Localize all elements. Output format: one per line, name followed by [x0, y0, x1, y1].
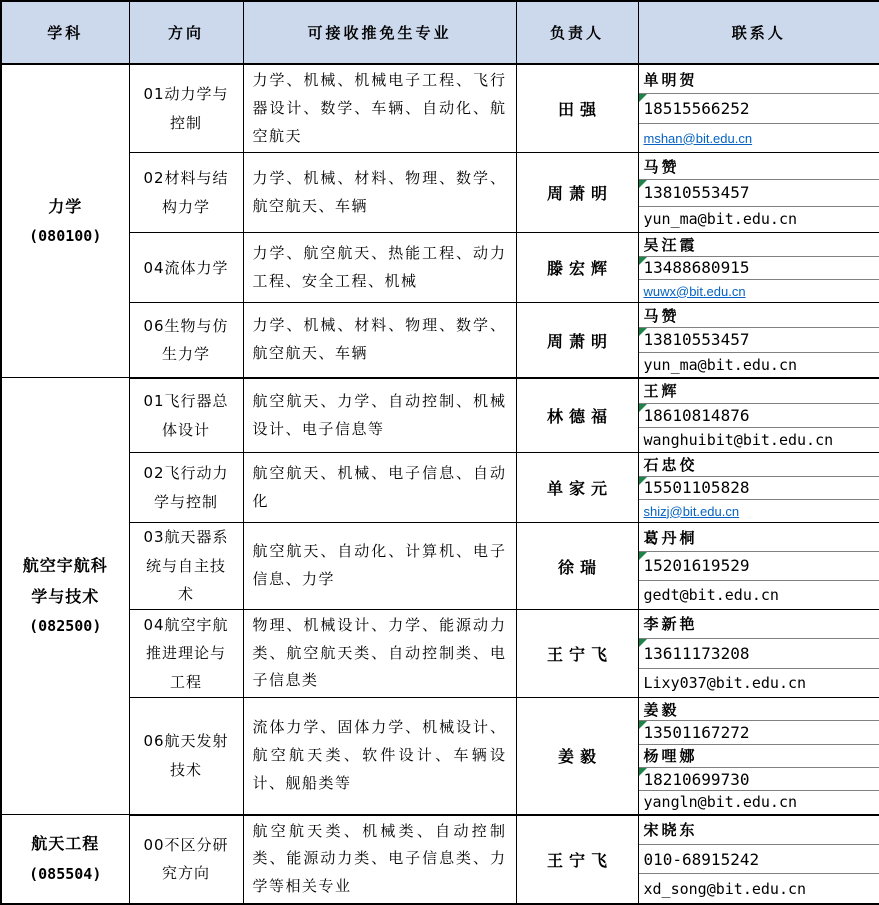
contact-email-line: yangln@bit.edu.cn — [639, 790, 879, 813]
contact-phone-line: 010-68915242 — [639, 844, 879, 873]
green-triangle-icon — [639, 328, 647, 336]
contact-email-line: wanghuibit@bit.edu.cn — [639, 427, 879, 452]
contact-name-line: 姜毅 — [639, 698, 879, 720]
contact-phone-line: 15501105828 — [639, 476, 879, 499]
table-row: 06生物与仿生力学力学、机械、材料、物理、数学、航空航天、车辆周萧明马赞1381… — [1, 303, 879, 378]
leader-cell: 田强 — [516, 64, 638, 153]
majors-cell: 力学、机械、材料、物理、数学、航空航天、车辆 — [243, 303, 516, 378]
contact-phone: 13810553457 — [644, 183, 750, 202]
contact-lines: 宋晓东010-68915242xd_song@bit.edu.cn — [639, 816, 879, 903]
majors-cell: 物理、机械设计、力学、能源动力类、航空航天类、自动控制类、电子信息类 — [243, 609, 516, 697]
direction-cell: 01飞行器总体设计 — [129, 378, 243, 453]
admissions-table: 学科 方向 可接收推免生专业 负责人 联系人 力学(080100)01动力学与控… — [0, 0, 879, 905]
majors-cell: 力学、机械、材料、物理、数学、航空航天、车辆 — [243, 153, 516, 233]
table-row: 02材料与结构力学力学、机械、材料、物理、数学、航空航天、车辆周萧明马赞1381… — [1, 153, 879, 233]
column-header-direction: 方向 — [129, 1, 243, 64]
contact-phone-line: 13810553457 — [639, 179, 879, 206]
contact-email: xd_song@bit.edu.cn — [644, 880, 807, 898]
contact-email: Lixy037@bit.edu.cn — [644, 674, 807, 692]
contact-name: 吴汪霞 — [644, 234, 698, 255]
majors-cell: 航空航天类、机械类、自动控制类、能源动力类、电子信息类、力学等相关专业 — [243, 815, 516, 904]
contact-name: 马赞 — [644, 156, 680, 177]
direction-cell: 01动力学与控制 — [129, 64, 243, 153]
email-link[interactable]: wuwx@bit.edu.cn — [644, 284, 746, 299]
majors-cell: 航空航天、机械、电子信息、自动化 — [243, 453, 516, 523]
subject-name: 力学 — [2, 192, 129, 222]
contact-email: wanghuibit@bit.edu.cn — [644, 431, 834, 449]
contact-lines: 石忠佼15501105828shizj@bit.edu.cn — [639, 453, 879, 522]
subject-cell: 航天工程(085504) — [1, 815, 129, 904]
contact-phone: 13501167272 — [644, 723, 750, 742]
contact-cell: 马赞13810553457yun_ma@bit.edu.cn — [638, 153, 879, 233]
contact-phone: 13810553457 — [644, 330, 750, 349]
direction-cell: 06生物与仿生力学 — [129, 303, 243, 378]
contact-name-line: 李新艳 — [639, 610, 879, 638]
contact-email-line: shizj@bit.edu.cn — [639, 499, 879, 522]
green-triangle-icon — [639, 721, 647, 729]
contact-name-line: 吴汪霞 — [639, 233, 879, 255]
contact-name-line: 单明贺 — [639, 65, 879, 93]
contact-phone: 13488680915 — [644, 258, 750, 277]
table-row: 03航天器系统与自主技术航空航天、自动化、计算机、电子信息、力学徐瑞葛丹桐152… — [1, 523, 879, 610]
contact-email-line: gedt@bit.edu.cn — [639, 580, 879, 609]
majors-cell: 力学、航空航天、热能工程、动力工程、安全工程、机械 — [243, 233, 516, 303]
green-triangle-icon — [639, 552, 647, 560]
contact-name: 姜毅 — [644, 699, 680, 720]
column-header-leader: 负责人 — [516, 1, 638, 64]
subject-name: 航天工程 — [2, 829, 129, 859]
contact-lines: 姜毅13501167272杨哩娜18210699730yangln@bit.ed… — [639, 698, 879, 814]
subject-code: (080100) — [2, 222, 129, 251]
contact-phone-line: 18210699730 — [639, 767, 879, 790]
contact-phone: 18610814876 — [644, 406, 750, 425]
contact-phone: 010-68915242 — [644, 850, 760, 869]
contact-name: 单明贺 — [644, 69, 698, 90]
contact-email: gedt@bit.edu.cn — [644, 586, 779, 604]
contact-name-line: 马赞 — [639, 153, 879, 179]
contact-phone: 15201619529 — [644, 556, 750, 575]
majors-cell: 航空航天、力学、自动控制、机械设计、电子信息等 — [243, 378, 516, 453]
leader-cell: 姜毅 — [516, 698, 638, 815]
contact-phone-line: 18610814876 — [639, 403, 879, 428]
contact-name-line: 宋晓东 — [639, 816, 879, 844]
subject-code: (085504) — [2, 860, 129, 889]
table-row: 航空宇航科 学与技术(082500)01飞行器总体设计航空航天、力学、自动控制、… — [1, 378, 879, 453]
contact-cell: 石忠佼15501105828shizj@bit.edu.cn — [638, 453, 879, 523]
column-header-contact: 联系人 — [638, 1, 879, 64]
leader-cell: 滕宏辉 — [516, 233, 638, 303]
contact-lines: 单明贺18515566252mshan@bit.edu.cn — [639, 65, 879, 152]
contact-phone-line: 13611173208 — [639, 638, 879, 667]
majors-cell: 航空航天、自动化、计算机、电子信息、力学 — [243, 523, 516, 610]
column-header-majors: 可接收推免生专业 — [243, 1, 516, 64]
column-header-subject: 学科 — [1, 1, 129, 64]
email-link[interactable]: shizj@bit.edu.cn — [644, 504, 740, 519]
contact-cell: 宋晓东010-68915242xd_song@bit.edu.cn — [638, 815, 879, 904]
contact-email-line: yun_ma@bit.edu.cn — [639, 352, 879, 377]
direction-cell: 04航空宇航推进理论与工程 — [129, 609, 243, 697]
contact-name-line: 石忠佼 — [639, 453, 879, 475]
contact-name: 杨哩娜 — [644, 745, 698, 766]
contact-lines: 葛丹桐15201619529gedt@bit.edu.cn — [639, 523, 879, 609]
direction-cell: 02飞行动力学与控制 — [129, 453, 243, 523]
green-triangle-icon — [639, 94, 647, 102]
contact-email-line: wuwx@bit.edu.cn — [639, 279, 879, 302]
contact-name: 李新艳 — [644, 613, 698, 634]
leader-cell: 徐瑞 — [516, 523, 638, 610]
green-triangle-icon — [639, 180, 647, 188]
contact-email-line: xd_song@bit.edu.cn — [639, 873, 879, 902]
leader-cell: 王宁飞 — [516, 815, 638, 904]
green-triangle-icon — [639, 404, 647, 412]
table-row: 04航空宇航推进理论与工程物理、机械设计、力学、能源动力类、航空航天类、自动控制… — [1, 609, 879, 697]
contact-email-line: yun_ma@bit.edu.cn — [639, 206, 879, 233]
contact-phone-line: 18515566252 — [639, 93, 879, 122]
contact-name: 宋晓东 — [644, 819, 698, 840]
majors-cell: 流体力学、固体力学、机械设计、航空航天类、软件设计、车辆设计、舰船类等 — [243, 698, 516, 815]
contact-name: 王辉 — [644, 380, 680, 401]
admissions-table-page: 学科 方向 可接收推免生专业 负责人 联系人 力学(080100)01动力学与控… — [0, 0, 879, 905]
contact-name-line: 杨哩娜 — [639, 744, 879, 767]
contact-lines: 李新艳13611173208Lixy037@bit.edu.cn — [639, 610, 879, 697]
table-row: 06航天发射技术流体力学、固体力学、机械设计、航空航天类、软件设计、车辆设计、舰… — [1, 698, 879, 815]
subject-code: (082500) — [2, 612, 129, 641]
table-row: 02飞行动力学与控制航空航天、机械、电子信息、自动化单家元石忠佼15501105… — [1, 453, 879, 523]
contact-cell: 吴汪霞13488680915wuwx@bit.edu.cn — [638, 233, 879, 303]
green-triangle-icon — [639, 477, 647, 485]
leader-cell: 林德福 — [516, 378, 638, 453]
direction-cell: 06航天发射技术 — [129, 698, 243, 815]
contact-email-line: Lixy037@bit.edu.cn — [639, 668, 879, 697]
contact-name: 葛丹桐 — [644, 527, 698, 548]
contact-cell: 葛丹桐15201619529gedt@bit.edu.cn — [638, 523, 879, 610]
contact-lines: 吴汪霞13488680915wuwx@bit.edu.cn — [639, 233, 879, 302]
contact-lines: 马赞13810553457yun_ma@bit.edu.cn — [639, 153, 879, 232]
leader-cell: 单家元 — [516, 453, 638, 523]
direction-cell: 04流体力学 — [129, 233, 243, 303]
contact-name-line: 马赞 — [639, 303, 879, 327]
majors-cell: 力学、机械、机械电子工程、飞行器设计、数学、车辆、自动化、航空航天 — [243, 64, 516, 153]
direction-cell: 00不区分研究方向 — [129, 815, 243, 904]
contact-lines: 王辉18610814876wanghuibit@bit.edu.cn — [639, 379, 879, 453]
contact-name: 马赞 — [644, 305, 680, 326]
subject-cell: 力学(080100) — [1, 64, 129, 378]
contact-email-line: mshan@bit.edu.cn — [639, 123, 879, 152]
contact-cell: 李新艳13611173208Lixy037@bit.edu.cn — [638, 609, 879, 697]
green-triangle-icon — [639, 639, 647, 647]
contact-phone-line: 13810553457 — [639, 327, 879, 352]
contact-email: yun_ma@bit.edu.cn — [644, 356, 798, 374]
leader-cell: 周萧明 — [516, 153, 638, 233]
table-row: 力学(080100)01动力学与控制力学、机械、机械电子工程、飞行器设计、数学、… — [1, 64, 879, 153]
contact-name-line: 王辉 — [639, 379, 879, 403]
green-triangle-icon — [639, 768, 647, 776]
contact-cell: 马赞13810553457yun_ma@bit.edu.cn — [638, 303, 879, 378]
contact-phone: 18515566252 — [644, 99, 750, 118]
contact-phone-line: 13501167272 — [639, 720, 879, 743]
contact-email: yangln@bit.edu.cn — [644, 793, 798, 811]
contact-phone: 13611173208 — [644, 644, 750, 663]
contact-cell: 单明贺18515566252mshan@bit.edu.cn — [638, 64, 879, 153]
leader-cell: 王宁飞 — [516, 609, 638, 697]
contact-cell: 王辉18610814876wanghuibit@bit.edu.cn — [638, 378, 879, 453]
email-link[interactable]: mshan@bit.edu.cn — [644, 131, 753, 146]
subject-cell: 航空宇航科 学与技术(082500) — [1, 378, 129, 815]
contact-lines: 马赞13810553457yun_ma@bit.edu.cn — [639, 303, 879, 377]
contact-cell: 姜毅13501167272杨哩娜18210699730yangln@bit.ed… — [638, 698, 879, 815]
contact-phone: 15501105828 — [644, 478, 750, 497]
green-triangle-icon — [639, 257, 647, 265]
contact-name-line: 葛丹桐 — [639, 523, 879, 551]
direction-cell: 02材料与结构力学 — [129, 153, 243, 233]
contact-phone-line: 15201619529 — [639, 551, 879, 580]
leader-cell: 周萧明 — [516, 303, 638, 378]
contact-email: yun_ma@bit.edu.cn — [644, 210, 798, 228]
direction-cell: 03航天器系统与自主技术 — [129, 523, 243, 610]
contact-name: 石忠佼 — [644, 454, 698, 475]
subject-name: 航空宇航科 学与技术 — [2, 551, 129, 612]
table-row: 航天工程(085504)00不区分研究方向航空航天类、机械类、自动控制类、能源动… — [1, 815, 879, 904]
header-row: 学科 方向 可接收推免生专业 负责人 联系人 — [1, 1, 879, 64]
contact-phone-line: 13488680915 — [639, 256, 879, 279]
contact-phone: 18210699730 — [644, 770, 750, 789]
table-row: 04流体力学力学、航空航天、热能工程、动力工程、安全工程、机械滕宏辉吴汪霞134… — [1, 233, 879, 303]
